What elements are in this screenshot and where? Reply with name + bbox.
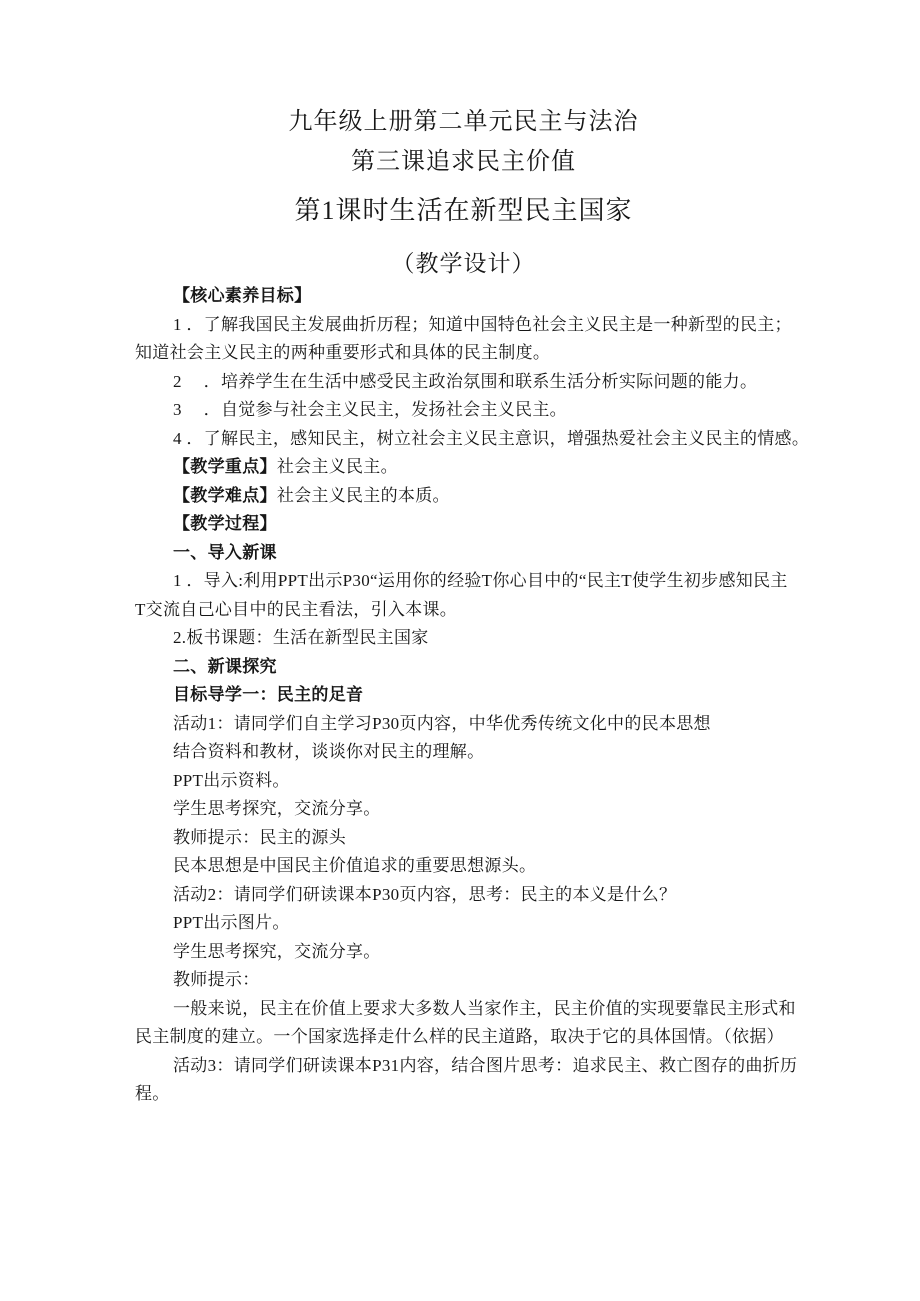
section-heading: 【教学重点】社会主义民主。 bbox=[135, 453, 792, 482]
document-page: 九年级上册第二单元民主与法治第三课追求民主价值第1课时生活在新型民主国家（教学设… bbox=[0, 0, 920, 1301]
doc-title: 九年级上册第二单元民主与法治 bbox=[135, 102, 792, 142]
paragraph-line: 4 ．了解民主，感知民主，树立社会主义民主意识，增强热爱社会主义民主的情感。 bbox=[135, 425, 792, 454]
paragraph-line: 民本思想是中国民主价值追求的重要思想源头。 bbox=[135, 852, 792, 881]
paragraph-line: T交流自己心目中的民主看法，引入本课。 bbox=[135, 596, 792, 625]
paragraph-line: 1 ．了解我国民主发展曲折历程；知道中国特色社会主义民主是一种新型的民主； bbox=[135, 311, 792, 340]
paragraph-line: 学生思考探究，交流分享。 bbox=[135, 938, 792, 967]
paragraph-line: 3 ．自觉参与社会主义民主，发扬社会主义民主。 bbox=[135, 396, 792, 425]
paragraph-line: 活动3：请同学们研读课本P31内容，结合图片思考：追求民主、救亡图存的曲折历 bbox=[135, 1052, 792, 1081]
heading-label: 【教学重点】 bbox=[173, 457, 277, 476]
paragraph-line: 教师提示： bbox=[135, 966, 792, 995]
section-heading: 目标导学一：民主的足音 bbox=[135, 681, 792, 710]
paragraph-line: 活动2：请同学们研读课本P30页内容，思考：民主的本义是什么？ bbox=[135, 881, 792, 910]
doc-title: 第1课时生活在新型民主国家 bbox=[135, 192, 792, 230]
paragraph-line: PPT出示图片。 bbox=[135, 909, 792, 938]
heading-body-text: 社会主义民主。 bbox=[277, 457, 398, 476]
doc-title: （教学设计） bbox=[135, 246, 792, 282]
section-heading: 【教学难点】社会主义民主的本质。 bbox=[135, 482, 792, 511]
paragraph-line: 民主制度的建立。一个国家选择走什么样的民主道路，取决于它的具体国情。（依据） bbox=[135, 1023, 792, 1052]
paragraph-line: 一般来说，民主在价值上要求大多数人当家作主，民主价值的实现要靠民主形式和 bbox=[135, 995, 792, 1024]
section-heading: 【核心素养目标】 bbox=[135, 282, 792, 311]
paragraph-line: 2.板书课题：生活在新型民主国家 bbox=[135, 624, 792, 653]
paragraph-line: 教师提示：民主的源头 bbox=[135, 824, 792, 853]
paragraph-line: PPT出示资料。 bbox=[135, 767, 792, 796]
paragraph-line: 程。 bbox=[135, 1080, 792, 1109]
paragraph-line: 知道社会主义民主的两种重要形式和具体的民主制度。 bbox=[135, 339, 792, 368]
paragraph-line: 活动1：请同学们自主学习P30页内容，中华优秀传统文化中的民本思想 bbox=[135, 710, 792, 739]
heading-label: 【教学难点】 bbox=[173, 486, 277, 505]
paragraph-line: 2 ．培养学生在生活中感受民主政治氛围和联系生活分析实际问题的能力。 bbox=[135, 368, 792, 397]
doc-title: 第三课追求民主价值 bbox=[135, 142, 792, 182]
section-heading: 【教学过程】 bbox=[135, 510, 792, 539]
section-heading: 二、新课探究 bbox=[135, 653, 792, 682]
heading-body-text: 社会主义民主的本质。 bbox=[277, 486, 450, 505]
paragraph-line: 学生思考探究，交流分享。 bbox=[135, 795, 792, 824]
section-heading: 一、导入新课 bbox=[135, 539, 792, 568]
paragraph-line: 结合资料和教材，谈谈你对民主的理解。 bbox=[135, 738, 792, 767]
paragraph-line: 1 ．导入:利用PPT出示P30“运用你的经验T你心目中的“民主T使学生初步感知… bbox=[135, 567, 792, 596]
